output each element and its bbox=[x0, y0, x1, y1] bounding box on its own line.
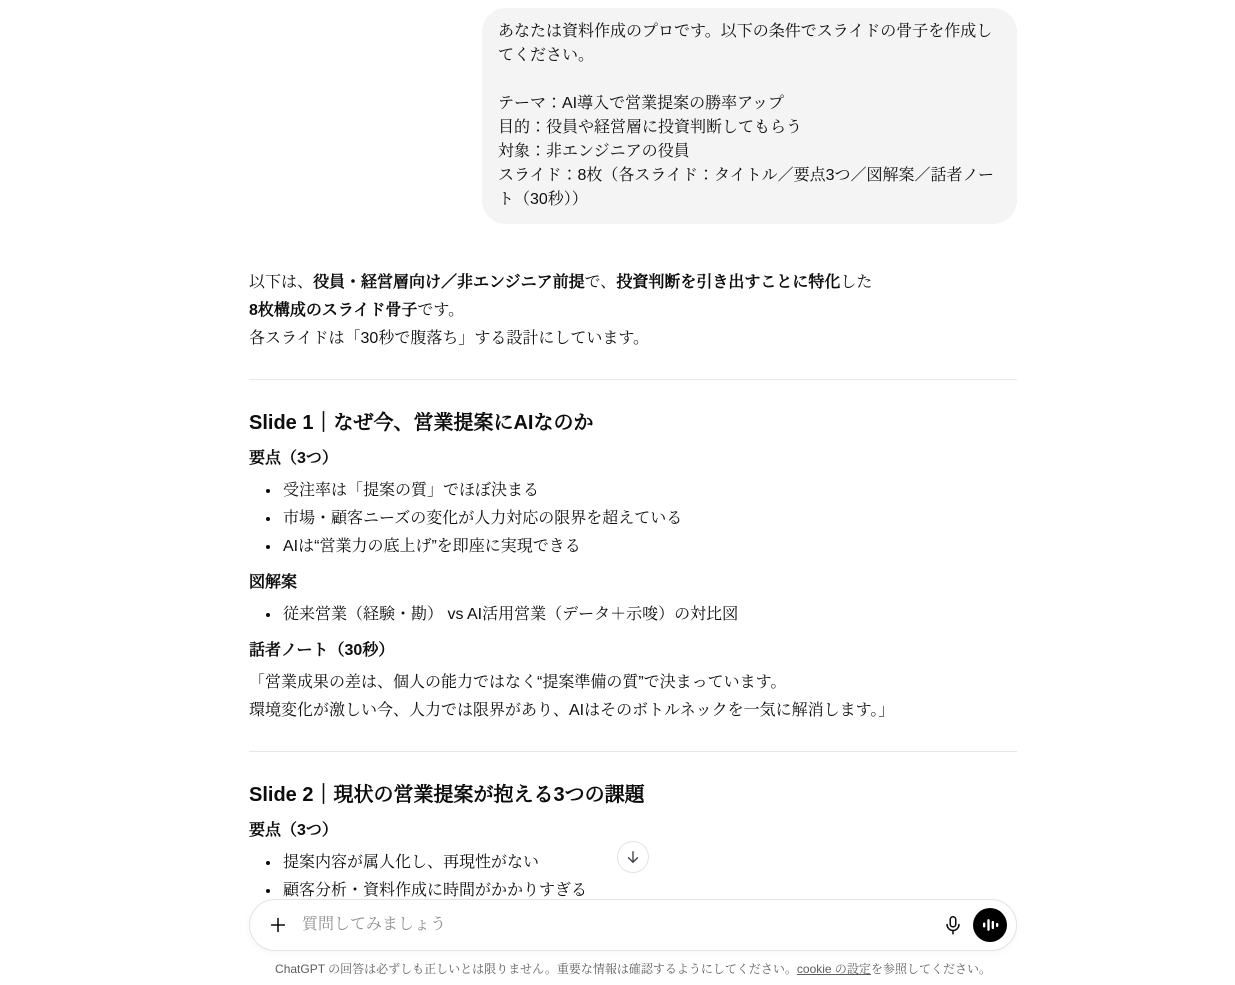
intro-text: で、 bbox=[585, 274, 617, 291]
slide1-diagram-heading: 図解案 bbox=[249, 569, 1017, 597]
cookie-settings-link[interactable]: cookie の設定 bbox=[797, 962, 871, 976]
chevron-down-arrow-icon bbox=[624, 848, 642, 866]
section-divider bbox=[249, 379, 1017, 380]
intro-text: した bbox=[840, 274, 872, 291]
slide1-diagram-list: 従来営業（経験・勘） vs AI活用営業（データ＋示唆）の対比図 bbox=[249, 601, 1017, 629]
list-item: AIは“営業力の底上げ”を即座に実現できる bbox=[281, 533, 1017, 561]
user-message-row: あなたは資料作成のプロです。以下の条件でスライドの骨子を作成してください。 テー… bbox=[249, 8, 1017, 224]
intro-text: 以下は、 bbox=[249, 274, 313, 291]
assistant-message: 以下は、役員・経営層向け／非エンジニア前提で、投資判断を引き出すことに特化した8… bbox=[249, 269, 1017, 905]
intro-paragraph: 以下は、役員・経営層向け／非エンジニア前提で、投資判断を引き出すことに特化した8… bbox=[249, 269, 1017, 353]
list-item: 従来営業（経験・勘） vs AI活用営業（データ＋示唆）の対比図 bbox=[281, 601, 1017, 629]
intro-design-note: 各スライドは「30秒で腹落ち」する設計にしています。 bbox=[249, 330, 649, 347]
disclaimer-text: ChatGPT の回答は必ずしも正しいとは限りません。重要な情報は確認するように… bbox=[275, 962, 797, 976]
voice-mode-button[interactable] bbox=[973, 908, 1007, 942]
dictation-button[interactable] bbox=[935, 907, 971, 943]
chat-page: あなたは資料作成のプロです。以下の条件でスライドの骨子を作成してください。 テー… bbox=[0, 0, 1235, 985]
scroll-to-bottom-button[interactable] bbox=[617, 841, 649, 873]
intro-bold-goal: 投資判断を引き出すことに特化 bbox=[616, 274, 840, 291]
user-message-bubble: あなたは資料作成のプロです。以下の条件でスライドの骨子を作成してください。 テー… bbox=[482, 8, 1017, 224]
slide1-speaker-note: 「営業成果の差は、個人の能力ではなく“提案準備の質”で決まっています。環境変化が… bbox=[249, 669, 1017, 725]
message-composer bbox=[249, 899, 1017, 951]
attach-plus-button[interactable] bbox=[260, 907, 296, 943]
section-divider bbox=[249, 751, 1017, 752]
intro-bold-audience: 役員・経営層向け／非エンジニア前提 bbox=[313, 274, 585, 291]
slide1-title: Slide 1｜なぜ今、営業提案にAIなのか bbox=[249, 409, 1017, 437]
disclaimer-suffix: を参照してください。 bbox=[871, 962, 991, 976]
chat-input[interactable] bbox=[302, 916, 935, 934]
microphone-icon bbox=[942, 914, 964, 936]
conversation-thread: あなたは資料作成のプロです。以下の条件でスライドの骨子を作成してください。 テー… bbox=[249, 0, 1017, 905]
slide2-title: Slide 2｜現状の営業提案が抱える3つの課題 bbox=[249, 781, 1017, 809]
list-item: 提案内容が属人化し、再現性がない bbox=[281, 849, 1017, 877]
plus-icon bbox=[267, 914, 289, 936]
intro-bold-structure: 8枚構成のスライド骨子 bbox=[249, 302, 417, 319]
voice-waveform-icon bbox=[980, 915, 1000, 935]
disclaimer-footer: ChatGPT の回答は必ずしも正しいとは限りません。重要な情報は確認するように… bbox=[124, 961, 1142, 977]
list-item: 市場・顧客ニーズの変化が人力対応の限界を超えている bbox=[281, 505, 1017, 533]
slide1-points-heading: 要点（3つ） bbox=[249, 445, 1017, 473]
slide1-note-heading: 話者ノート（30秒） bbox=[249, 637, 1017, 665]
intro-text: です。 bbox=[417, 302, 464, 319]
slide1-points-list: 受注率は「提案の質」でほぼ決まる 市場・顧客ニーズの変化が人力対応の限界を超えて… bbox=[249, 477, 1017, 561]
list-item: 受注率は「提案の質」でほぼ決まる bbox=[281, 477, 1017, 505]
